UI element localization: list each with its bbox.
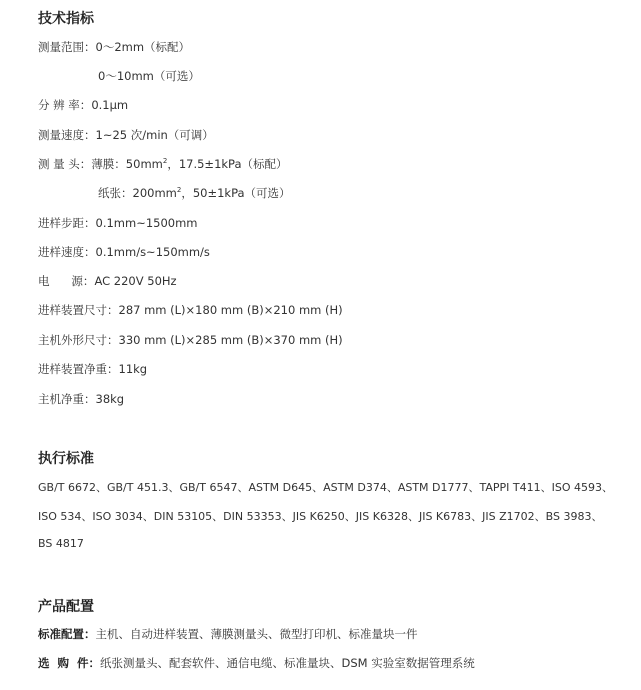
- standards-line-3: BS 4817: [38, 537, 84, 550]
- config-row-standard: 标准配置：主机、自动进样装置、薄膜测量头、微型打印机、标准量块一件: [38, 626, 418, 642]
- config-title: 产品配置: [38, 596, 94, 616]
- spec-row-feed-speed: 进样速度：0.1mm/s~150mm/s: [38, 244, 210, 260]
- spec-row-range: 测量范围：0～2mm（标配）: [38, 39, 190, 55]
- spec-row-feeder-size: 进样装置尺寸：287 mm (L)×180 mm (B)×210 mm (H): [38, 302, 343, 318]
- spec-row-main-size: 主机外形尺寸：330 mm (L)×285 mm (B)×370 mm (H): [38, 332, 343, 348]
- spec-row-main-weight: 主机净重：38kg: [38, 391, 124, 407]
- standards-line-2: ISO 534、ISO 3034、DIN 53105、DIN 53353、JIS…: [38, 508, 602, 524]
- spec-row-speed: 测量速度：1~25 次/min（可调）: [38, 127, 214, 143]
- standards-title: 执行标准: [38, 448, 94, 468]
- spec-row-feeder-weight: 进样装置净重：11kg: [38, 361, 147, 377]
- standards-line-1: GB/T 6672、GB/T 451.3、GB/T 6547、ASTM D645…: [38, 479, 613, 495]
- specs-title: 技术指标: [38, 8, 94, 28]
- spec-row-resolution: 分 辨 率：0.1μm: [38, 97, 128, 113]
- config-row-optional: 选 购 件：纸张测量头、配套软件、通信电缆、标准量块、DSM 实验室数据管理系统: [38, 655, 475, 671]
- spec-row-head-film: 测 量 头：薄膜：50mm2，17.5±1kPa（标配）: [38, 156, 288, 172]
- spec-row-step: 进样步距：0.1mm~1500mm: [38, 215, 198, 231]
- spec-row-head-paper: 纸张：200mm2，50±1kPa（可选）: [98, 185, 291, 201]
- spec-row-range-optional: 0～10mm（可选）: [98, 68, 200, 84]
- spec-row-power: 电 源：AC 220V 50Hz: [38, 273, 177, 289]
